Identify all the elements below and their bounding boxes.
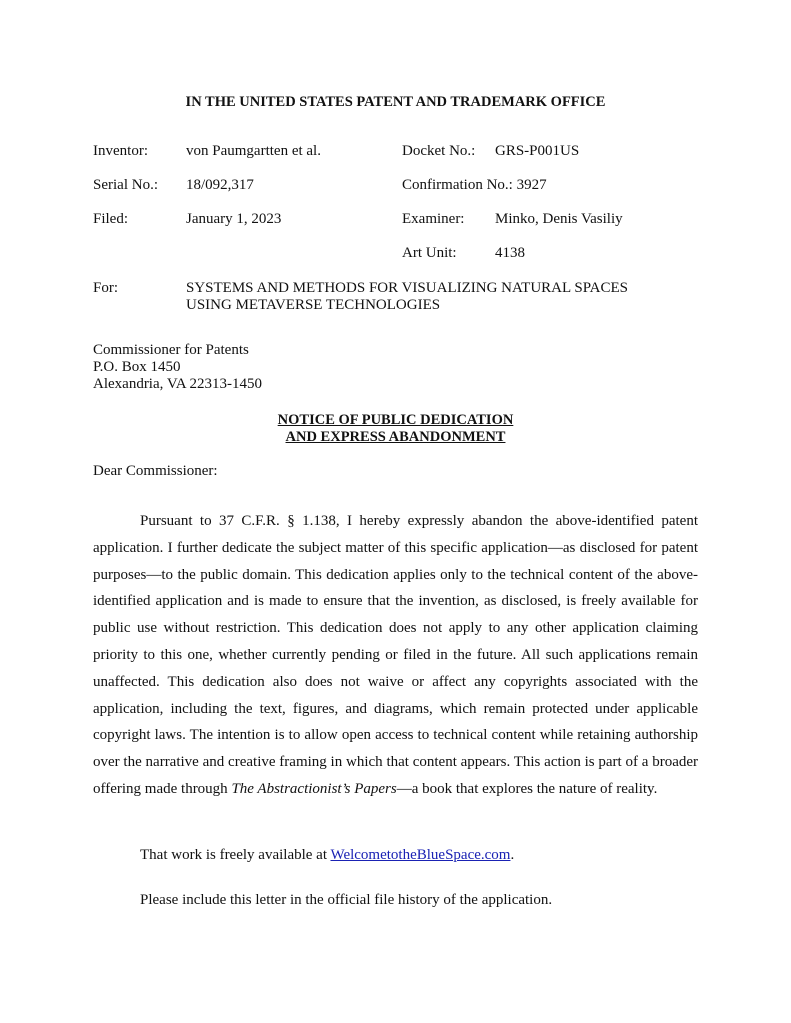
serial-value: 18/092,317 (186, 178, 254, 193)
address-block: Commissioner for Patents P.O. Box 1450 A… (93, 342, 262, 393)
inventor-value: von Paumgartten et al. (186, 144, 321, 159)
docket-value: GRS-P001US (495, 144, 579, 159)
confirmation-field: Confirmation No.: 3927 (402, 178, 547, 193)
address-line2: P.O. Box 1450 (93, 359, 262, 376)
body-text-end: —a book that explores the nature of real… (397, 781, 658, 797)
for-label: For: (93, 281, 118, 296)
website-link[interactable]: WelcometotheBlueSpace.com (330, 847, 510, 863)
notice-title-line2: AND EXPRESS ABANDONMENT (0, 429, 791, 446)
closing-line: Please include this letter in the offici… (140, 893, 552, 908)
docket-label: Docket No.: (402, 144, 475, 159)
examiner-label: Examiner: (402, 212, 464, 227)
filed-value: January 1, 2023 (186, 212, 281, 227)
address-line1: Commissioner for Patents (93, 342, 262, 359)
for-value-line2: USING METAVERSE TECHNOLOGIES (186, 298, 440, 313)
art-unit-label: Art Unit: (402, 246, 457, 261)
notice-title-line1: NOTICE OF PUBLIC DEDICATION (0, 412, 791, 429)
serial-label: Serial No.: (93, 178, 158, 193)
filed-label: Filed: (93, 212, 128, 227)
availability-suffix: . (510, 847, 514, 863)
confirmation-label: Confirmation No.: (402, 177, 513, 193)
body-text-main: Pursuant to 37 C.F.R. § 1.138, I hereby … (93, 513, 698, 797)
availability-line: That work is freely available at Welcome… (140, 848, 514, 863)
examiner-value: Minko, Denis Vasiliy (495, 212, 623, 227)
confirmation-value: 3927 (517, 177, 547, 193)
inventor-label: Inventor: (93, 144, 148, 159)
salutation: Dear Commissioner: (93, 464, 218, 479)
art-unit-value: 4138 (495, 246, 525, 261)
office-title: IN THE UNITED STATES PATENT AND TRADEMAR… (0, 95, 791, 110)
book-title: The Abstractionist’s Papers (231, 781, 396, 797)
notice-title: NOTICE OF PUBLIC DEDICATION AND EXPRESS … (0, 412, 791, 446)
for-value-line1: SYSTEMS AND METHODS FOR VISUALIZING NATU… (186, 281, 628, 296)
address-line3: Alexandria, VA 22313-1450 (93, 376, 262, 393)
body-paragraph: Pursuant to 37 C.F.R. § 1.138, I hereby … (93, 508, 698, 803)
availability-prefix: That work is freely available at (140, 847, 330, 863)
